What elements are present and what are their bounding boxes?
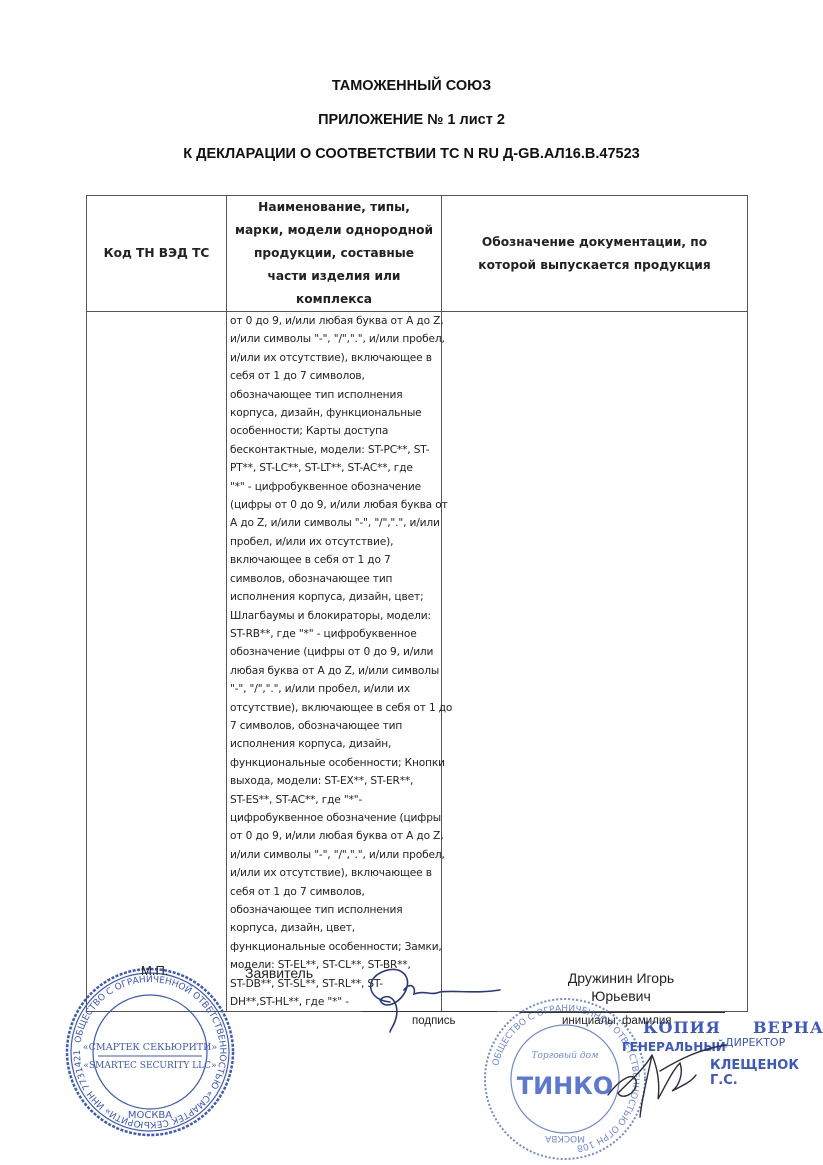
company-seal-city: МОСКВА — [128, 1110, 172, 1121]
description-line: обозначающее тип исполнения — [230, 386, 438, 404]
cell-description: от 0 до 9, и/или любая буква от A до Z,и… — [227, 312, 442, 1012]
column-header-documentation: Обозначение документации, по которой вып… — [442, 196, 748, 312]
copy-certified-word2: ВЕРНА — [753, 1018, 823, 1037]
table-row: от 0 до 9, и/или любая буква от A до Z,и… — [87, 312, 748, 1012]
column-header-name-text: Наименование, типы, марки, модели одноро… — [227, 196, 441, 311]
cell-documentation — [442, 312, 748, 1012]
column-header-documentation-text: Обозначение документации, по которой вып… — [442, 231, 747, 277]
description-line: функциональные особенности; Замки, — [230, 938, 438, 956]
description-line: корпуса, дизайн, функциональные — [230, 404, 438, 422]
description-line: от 0 до 9, и/или любая буква от A до Z, — [230, 827, 438, 845]
description-line: бесконтактные, модели: ST-PC**, ST- — [230, 441, 438, 459]
copy-certified-position2: ДИРЕКТОР — [725, 1036, 785, 1049]
description-line: и/или символы "-", "/",".", и/или пробел… — [230, 330, 438, 348]
seal-place-label: М.П. — [141, 963, 168, 978]
description-line: PT**, ST-LC**, ST-LT**, ST-AC**, где — [230, 459, 438, 477]
description-line: функциональные особенности; Кнопки — [230, 754, 438, 772]
signer-name: Дружинин Игорь Юрьевич — [560, 969, 682, 1005]
table-header-row: Код ТН ВЭД ТС Наименование, типы, марки,… — [87, 196, 748, 312]
description-line: пробел, и/или их отсутствие), — [230, 533, 438, 551]
column-header-code-text: Код ТН ВЭД ТС — [87, 242, 226, 265]
description-line: любая буква от A до Z, и/или символы — [230, 662, 438, 680]
description-line: выхода, модели: ST-EX**, ST-ER**, — [230, 772, 438, 790]
description-line: и/или символы "-", "/",".", и/или пробел… — [230, 846, 438, 864]
column-header-code: Код ТН ВЭД ТС — [87, 196, 227, 312]
description-line: от 0 до 9, и/или любая буква от A до Z, — [230, 312, 438, 330]
description-line: отсутствие), включающее в себя от 1 до — [230, 699, 438, 717]
description-line: включающее в себя от 1 до 7 — [230, 551, 438, 569]
name-caption: инициалы, фамилия — [562, 1015, 672, 1027]
header-appendix: ПРИЛОЖЕНИЕ № 1 лист 2 — [0, 112, 823, 128]
description-line: себя от 1 до 7 символов, — [230, 367, 438, 385]
copy-seal-trade-house: Торговый дом — [532, 1051, 599, 1061]
description-line: исполнения корпуса, дизайн, цвет; — [230, 588, 438, 606]
description-line: особенности; Карты доступа — [230, 422, 438, 440]
description-line: 7 символов, обозначающее тип — [230, 717, 438, 735]
description-line: себя от 1 до 7 символов, — [230, 883, 438, 901]
company-seal-center-en: «SMARTEC SECURITY LLC» — [83, 1061, 216, 1071]
description-line: A до Z, и/или символы "-", "/",".", и/ил… — [230, 514, 438, 532]
product-description: от 0 до 9, и/или любая буква от A до Z,и… — [227, 312, 441, 1011]
director-signature — [600, 1035, 730, 1125]
description-line: "-", "/",".", и/или пробел, и/или их — [230, 680, 438, 698]
products-table: Код ТН ВЭД ТС Наименование, типы, марки,… — [86, 195, 748, 1012]
description-line: и/или их отсутствие), включающее в — [230, 864, 438, 882]
description-line: обозначающее тип исполнения — [230, 901, 438, 919]
description-line: ST-RB**, где "*" - цифробуквенное — [230, 625, 438, 643]
header-declaration-number: К ДЕКЛАРАЦИИ О СООТВЕТСТВИИ ТС N RU Д-GB… — [0, 146, 823, 162]
description-line: Шлагбаумы и блокираторы, модели: — [230, 607, 438, 625]
signer-name-line1: Дружинин Игорь — [560, 969, 682, 987]
applicant-label: Заявитель — [245, 965, 313, 981]
description-line: цифробуквенное обозначение (цифры — [230, 809, 438, 827]
applicant-signature — [360, 960, 505, 1035]
description-line: ST-ES**, ST-AC**, где "*"- — [230, 791, 438, 809]
description-line: символов, обозначающее тип — [230, 570, 438, 588]
company-seal-center-ru: «СМАРТЕК СЕКЬЮРИТИ» — [83, 1042, 218, 1053]
description-line: исполнения корпуса, дизайн, — [230, 735, 438, 753]
description-line: и/или их отсутствие), включающее в — [230, 349, 438, 367]
tinko-logo: ТИНКО — [517, 1072, 614, 1100]
signer-name-line2: Юрьевич — [560, 987, 682, 1005]
description-line: обозначение (цифры от 0 до 9, и/или — [230, 643, 438, 661]
description-line: (цифры от 0 до 9, и/или любая буква от — [230, 496, 438, 514]
description-line: "*" - цифробуквенное обозначение — [230, 478, 438, 496]
description-line: корпуса, дизайн, цвет, — [230, 919, 438, 937]
column-header-name: Наименование, типы, марки, модели одноро… — [227, 196, 442, 312]
cell-code — [87, 312, 227, 1012]
company-seal-stamp: ОБЩЕСТВО С ОГРАНИЧЕННОЙ ОТВЕТСТВЕННОСТЬЮ… — [64, 966, 236, 1138]
header-union: ТАМОЖЕННЫЙ СОЮЗ — [0, 78, 823, 94]
copy-seal-city: МОСКВА — [544, 1133, 585, 1143]
